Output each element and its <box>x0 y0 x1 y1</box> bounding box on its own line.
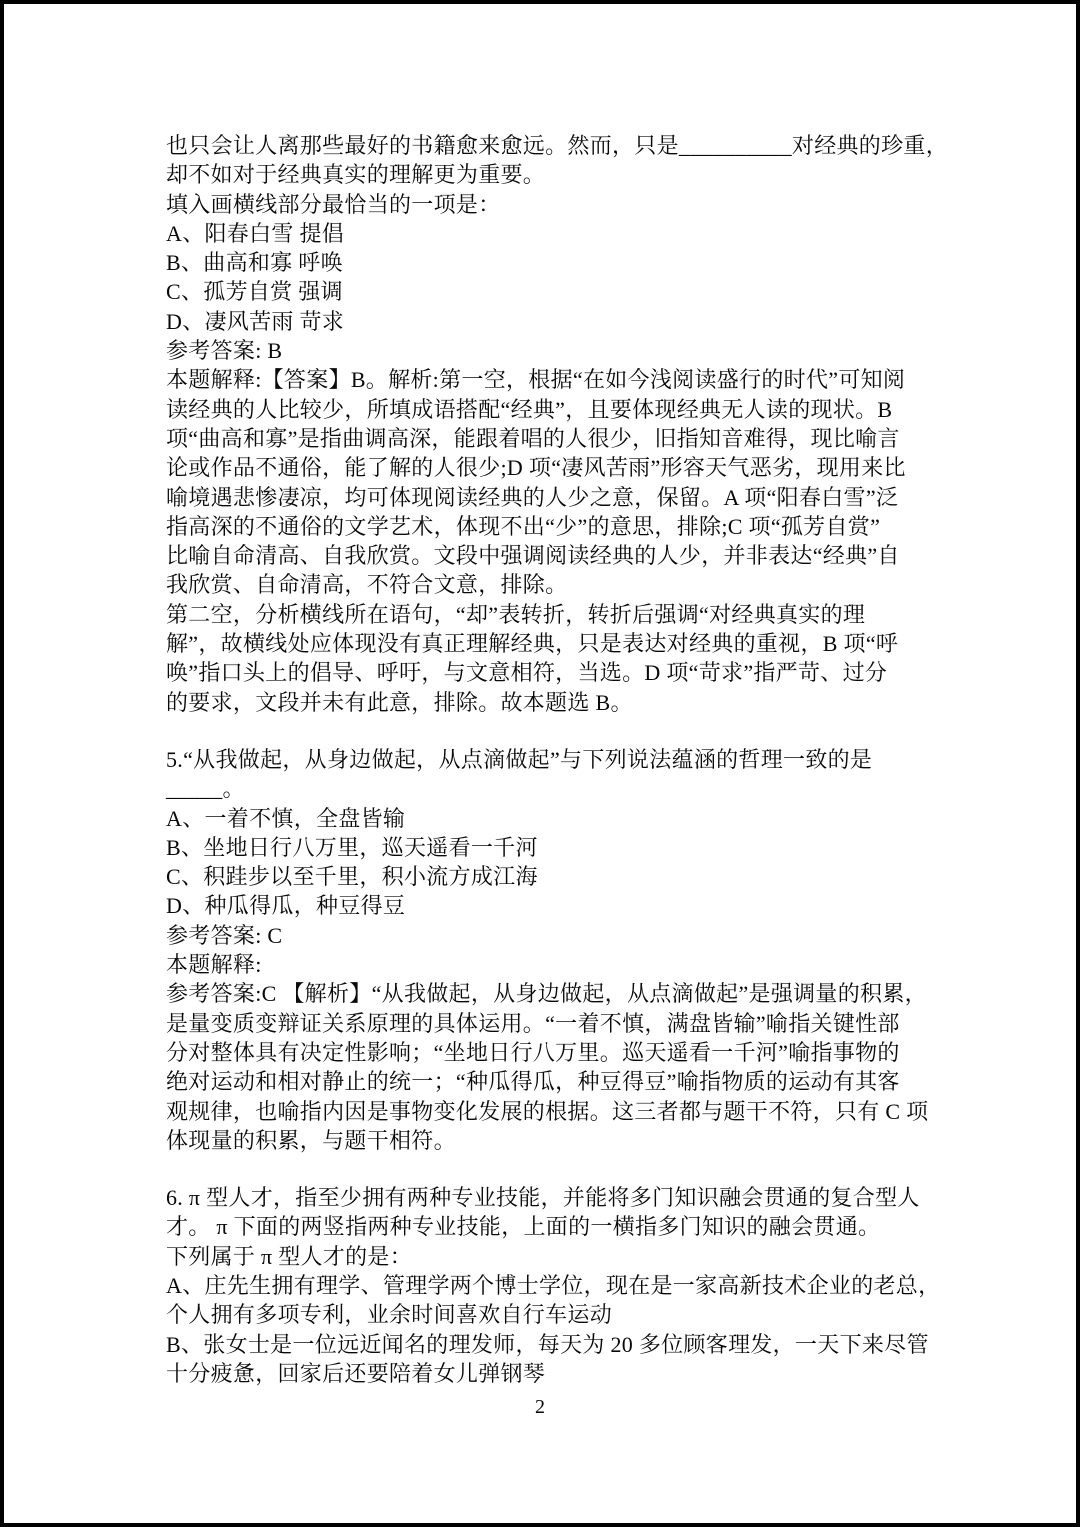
text-line: 绝对运动和相对静止的统一；“种瓜得瓜，种豆得豆”喻指物质的运动有其客 <box>166 1067 972 1096</box>
question-4-block: 也只会让人离那些最好的书籍愈来愈远。然而，只是__________对经典的珍重，… <box>166 131 972 717</box>
text-line: 参考答案: C <box>166 921 972 950</box>
text-line: D、凄风苦雨 苛求 <box>166 307 972 336</box>
document-page: 也只会让人离那些最好的书籍愈来愈远。然而，只是__________对经典的珍重，… <box>0 0 1080 1527</box>
text-line: B、坐地日行八万里，巡天遥看一千河 <box>166 833 972 862</box>
text-line: A、一着不慎，全盘皆输 <box>166 804 972 833</box>
text-line: 参考答案:C 【解析】“从我做起，从身边做起，从点滴做起”是强调量的积累， <box>166 979 972 1008</box>
text-line: 唤”指口头上的倡导、呼吁，与文意相符，当选。D 项“苛求”指严苛、过分 <box>166 658 972 687</box>
question-5-block: 5.“从我做起，从身边做起，从点滴做起”与下列说法蕴涵的哲理一致的是_____。… <box>166 745 972 1155</box>
page-number: 2 <box>4 1395 1076 1419</box>
text-line: D、种瓜得瓜，种豆得豆 <box>166 891 972 920</box>
text-line: 指高深的不通俗的文学艺术，体现不出“少”的意思，排除;C 项“孤芳自赏” <box>166 512 972 541</box>
text-line: _____。 <box>166 774 972 803</box>
text-line: 读经典的人比较少，所填成语搭配“经典”，且要体现经典无人读的现状。B <box>166 395 972 424</box>
text-line: 项“曲高和寡”是指曲调高深，能跟着唱的人很少，旧指知音难得，现比喻言 <box>166 424 972 453</box>
question-6-block: 6. π 型人才，指至少拥有两种专业技能，并能将多门知识融会贯通的复合型人才。 … <box>166 1183 972 1388</box>
text-line: 下列属于 π 型人才的是： <box>166 1242 972 1271</box>
text-line: 体现量的积累，与题干相符。 <box>166 1126 972 1155</box>
text-line: B、张女士是一位远近闻名的理发师，每天为 20 多位顾客理发，一天下来尽管 <box>166 1330 972 1359</box>
text-line: C、积跬步以至千里，积小流方成江海 <box>166 862 972 891</box>
text-line: 分对整体具有决定性影响；“坐地日行八万里。巡天遥看一千河”喻指事物的 <box>166 1038 972 1067</box>
text-line: 论或作品不通俗，能了解的人很少;D 项“凄风苦雨”形容天气恶劣，现用来比 <box>166 453 972 482</box>
text-line: C、孤芳自赏 强调 <box>166 277 972 306</box>
text-line: 却不如对于经典真实的理解更为重要。 <box>166 160 972 189</box>
text-line: 我欣赏、自命清高，不符合文意，排除。 <box>166 570 972 599</box>
text-line: 喻境遇悲惨凄凉，均可体现阅读经典的人少之意，保留。A 项“阳春白雪”泛 <box>166 483 972 512</box>
text-line: 填入画横线部分最恰当的一项是： <box>166 190 972 219</box>
text-line: 本题解释:【答案】B。解析:第一空，根据“在如今浅阅读盛行的时代”可知阅 <box>166 365 972 394</box>
text-line: 也只会让人离那些最好的书籍愈来愈远。然而，只是__________对经典的珍重， <box>166 131 972 160</box>
text-line: 参考答案: B <box>166 336 972 365</box>
text-line: 5.“从我做起，从身边做起，从点滴做起”与下列说法蕴涵的哲理一致的是 <box>166 745 972 774</box>
document-text: 也只会让人离那些最好的书籍愈来愈远。然而，只是__________对经典的珍重，… <box>166 131 972 1388</box>
text-line: 比喻自命清高、自我欣赏。文段中强调阅读经典的人少，并非表达“经典”自 <box>166 541 972 570</box>
text-line: 第二空，分析横线所在语句，“却”表转折，转折后强调“对经典真实的理 <box>166 600 972 629</box>
text-line: 本题解释: <box>166 950 972 979</box>
text-line: A、阳春白雪 提倡 <box>166 219 972 248</box>
text-line: 6. π 型人才，指至少拥有两种专业技能，并能将多门知识融会贯通的复合型人 <box>166 1183 972 1212</box>
text-line: 解”，故横线处应体现没有真正理解经典，只是表达对经典的重视，B 项“呼 <box>166 629 972 658</box>
text-line: 十分疲惫，回家后还要陪着女儿弹钢琴 <box>166 1359 972 1388</box>
text-line: 是量变质变辩证关系原理的具体运用。“一着不慎，满盘皆输”喻指关键性部 <box>166 1009 972 1038</box>
text-line: 的要求，文段并未有此意，排除。故本题选 B。 <box>166 688 972 717</box>
text-line: 才。 π 下面的两竖指两种专业技能，上面的一横指多门知识的融会贯通。 <box>166 1212 972 1241</box>
text-line: 观规律，也喻指内因是事物变化发展的根据。这三者都与题干不符，只有 C 项 <box>166 1097 972 1126</box>
text-line: B、曲高和寡 呼唤 <box>166 248 972 277</box>
text-line: A、庄先生拥有理学、管理学两个博士学位，现在是一家高新技术企业的老总， <box>166 1271 972 1300</box>
text-line: 个人拥有多项专利，业余时间喜欢自行车运动 <box>166 1300 972 1329</box>
